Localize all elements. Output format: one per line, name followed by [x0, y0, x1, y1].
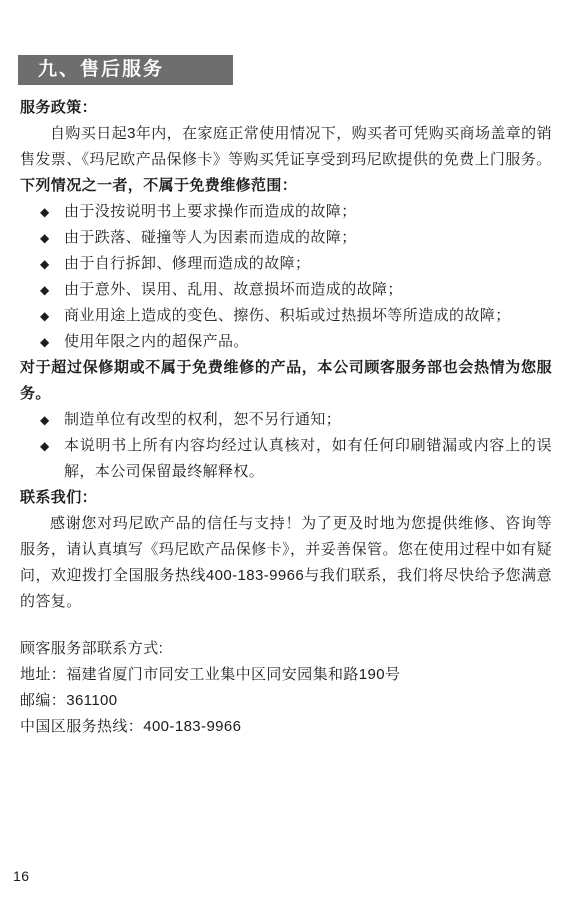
list-item-text: 使用年限之内的超保产品。 — [64, 329, 552, 355]
list-item-text: 商业用途上造成的变色、擦伤、积垢或过热损坏等所造成的故障； — [64, 303, 552, 329]
list-item: ◆ 由于跌落、碰撞等人为因素而造成的故障； — [20, 225, 552, 251]
diamond-bullet-icon: ◆ — [40, 277, 64, 303]
list-item-text: 本说明书上所有内容均经过认真核对，如有任何印刷错漏或内容上的误解，本公司保留最终… — [64, 433, 552, 485]
exclusions-heading: 下列情况之一者，不属于免费维修范围： — [20, 173, 552, 199]
service-dept-postcode: 邮编：361100 — [20, 688, 552, 714]
diamond-bullet-icon: ◆ — [40, 407, 64, 433]
section-title: 九、售后服务 — [38, 59, 164, 80]
diamond-bullet-icon: ◆ — [40, 251, 64, 277]
service-dept-heading: 顾客服务部联系方式: — [20, 636, 552, 662]
list-item: ◆ 由于没按说明书上要求操作而造成的故障； — [20, 199, 552, 225]
list-item: ◆ 本说明书上所有内容均经过认真核对，如有任何印刷错漏或内容上的误解，本公司保留… — [20, 433, 552, 485]
diamond-bullet-icon: ◆ — [40, 225, 64, 251]
service-dept-address: 地址：福建省厦门市同安工业集中区同安园集和路190号 — [20, 662, 552, 688]
contact-paragraph: 感谢您对玛尼欧产品的信任与支持！为了更及时地为您提供维修、咨询等服务，请认真填写… — [20, 511, 552, 615]
page-number: 16 — [13, 868, 30, 884]
policy-heading: 服务政策： — [20, 95, 552, 121]
service-dept-contact: 顾客服务部联系方式: 地址：福建省厦门市同安工业集中区同安园集和路190号 邮编… — [20, 636, 552, 740]
list-item-text: 制造单位有改型的权利，恕不另行通知； — [64, 407, 552, 433]
list-item-text: 由于没按说明书上要求操作而造成的故障； — [64, 199, 552, 225]
diamond-bullet-icon: ◆ — [40, 199, 64, 225]
contact-heading: 联系我们： — [20, 485, 552, 511]
out-of-warranty-note: 对于超过保修期或不属于免费维修的产品，本公司顾客服务部也会热情为您服务。 — [20, 355, 552, 407]
list-item: ◆ 由于自行拆卸、修理而造成的故障； — [20, 251, 552, 277]
service-dept-hotline: 中国区服务热线：400-183-9966 — [20, 714, 552, 740]
list-item: ◆ 使用年限之内的超保产品。 — [20, 329, 552, 355]
list-item: ◆ 制造单位有改型的权利，恕不另行通知； — [20, 407, 552, 433]
list-item: ◆ 商业用途上造成的变色、擦伤、积垢或过热损坏等所造成的故障； — [20, 303, 552, 329]
page-body: 服务政策： 自购买日起3年内，在家庭正常使用情况下，购买者可凭购买商场盖章的销售… — [20, 95, 552, 740]
list-item: ◆ 由于意外、误用、乱用、故意损坏而造成的故障； — [20, 277, 552, 303]
policy-paragraph: 自购买日起3年内，在家庭正常使用情况下，购买者可凭购买商场盖章的销售发票、《玛尼… — [20, 121, 552, 173]
section-title-bar: 九、售后服务 — [18, 55, 233, 85]
manual-page: 九、售后服务 服务政策： 自购买日起3年内，在家庭正常使用情况下，购买者可凭购买… — [0, 0, 571, 912]
list-item-text: 由于意外、误用、乱用、故意损坏而造成的故障； — [64, 277, 552, 303]
diamond-bullet-icon: ◆ — [40, 433, 64, 485]
diamond-bullet-icon: ◆ — [40, 303, 64, 329]
diamond-bullet-icon: ◆ — [40, 329, 64, 355]
list-item-text: 由于跌落、碰撞等人为因素而造成的故障； — [64, 225, 552, 251]
list-item-text: 由于自行拆卸、修理而造成的故障； — [64, 251, 552, 277]
